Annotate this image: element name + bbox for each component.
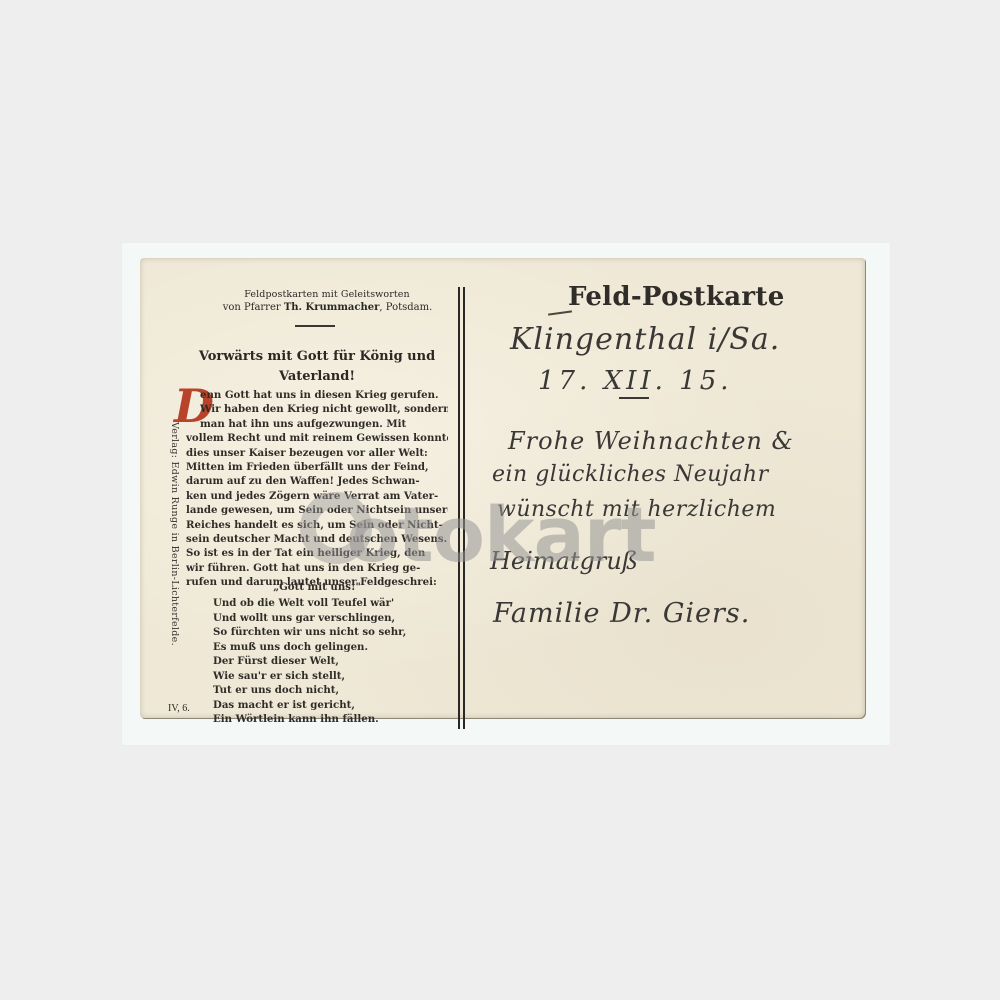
publisher-imprint: Verlag: Edwin Runge in Berlin-Lichterfel… xyxy=(169,422,180,692)
body-line: Mitten im Frieden überfällt uns der Fein… xyxy=(186,460,448,474)
watermark: ootokart xyxy=(295,490,656,579)
verse-line: Das macht er ist gericht, xyxy=(213,698,406,713)
series-number: IV, 6. xyxy=(168,703,190,714)
series-header: Feldpostkarten mit Geleitsworten xyxy=(222,289,432,300)
body-line: vollem Recht und mit reinem Gewissen kon… xyxy=(186,431,448,445)
text-title: Vorwärts mit Gott für König und Vaterlan… xyxy=(186,347,448,387)
verse-line: So fürchten wir uns nicht so sehr, xyxy=(213,625,406,640)
hymn-verse: Und ob die Welt voll Teufel wär'Und woll… xyxy=(213,596,406,727)
author-line: von Pfarrer Th. Krummacher, Potsdam. xyxy=(185,302,470,313)
handwritten-signature: Familie Dr. Giers. xyxy=(493,598,750,629)
verse-line: Und wollt uns gar verschlingen, xyxy=(213,611,406,626)
author-name: Th. Krummacher xyxy=(284,302,380,313)
verse-line: Der Fürst dieser Welt, xyxy=(213,654,406,669)
body-line: Wir haben den Krieg nicht gewollt, sonde… xyxy=(186,402,448,416)
postcard-heading: Feld-Postkarte xyxy=(568,282,785,312)
handwritten-date: 17. XII. 15. xyxy=(538,366,733,396)
body-line: enn Gott hat uns in diesen Krieg gerufen… xyxy=(186,388,448,402)
author-suffix: , Potsdam. xyxy=(379,302,432,313)
handwritten-place: Klingenthal i/Sa. xyxy=(510,322,780,357)
handwritten-line-2: ein glückliches Neujahr xyxy=(492,462,769,487)
body-line: man hat ihn uns aufgezwungen. Mit xyxy=(186,417,448,431)
verse-line: Es muß uns doch gelingen. xyxy=(213,640,406,655)
verse-line: Ein Wörtlein kann ihn fällen. xyxy=(213,712,406,727)
verse-line: Wie sau'r er sich stellt, xyxy=(213,669,406,684)
header-rule xyxy=(295,325,335,327)
date-underline xyxy=(619,397,649,399)
handwritten-line-1: Frohe Weihnachten & xyxy=(508,427,794,455)
author-prefix: von Pfarrer xyxy=(223,302,284,313)
body-line: dies unser Kaiser bezeugen vor aller Wel… xyxy=(186,446,448,460)
body-line: darum auf zu den Waffen! Jedes Schwan- xyxy=(186,474,448,488)
battle-cry: „Gott mit uns!" xyxy=(186,581,448,593)
watermark-text: otokart xyxy=(346,490,655,579)
verse-line: Tut er uns doch nicht, xyxy=(213,683,406,698)
verse-line: Und ob die Welt voll Teufel wär' xyxy=(213,596,406,611)
